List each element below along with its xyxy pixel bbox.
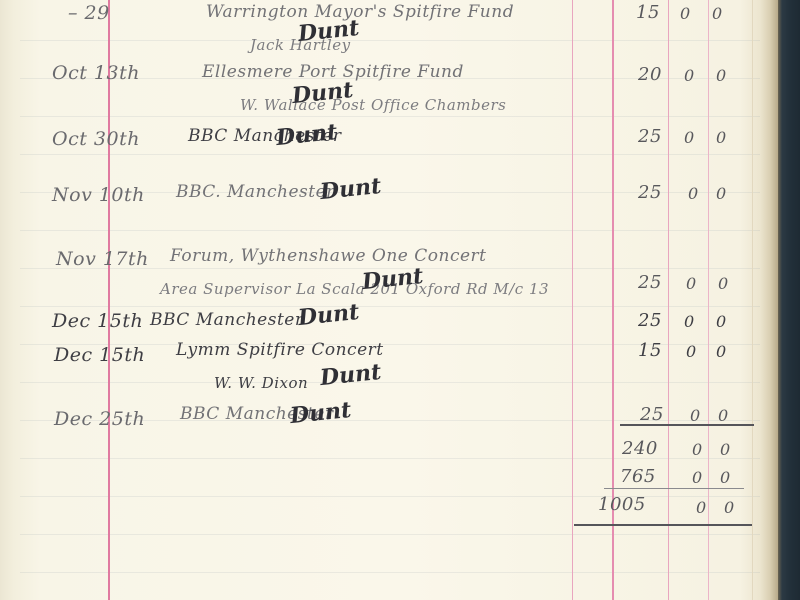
entry-signature: Dunt: [297, 299, 361, 331]
ruled-line: [20, 40, 760, 41]
entry-sub-note: W. Wallace Post Office Chambers: [240, 96, 506, 114]
entry-pence: 0: [718, 274, 729, 293]
shillings-column-rule: [668, 0, 669, 600]
entry-pence: 0: [716, 66, 727, 85]
ruled-line: [20, 534, 760, 535]
ruled-line: [20, 230, 760, 231]
entry-pence: 0: [716, 184, 727, 203]
entry-date: Oct 30th: [52, 128, 140, 150]
entry-particulars: Warrington Mayor's Spitfire Fund: [206, 2, 514, 22]
subtotal-pence: 0: [720, 440, 731, 459]
entry-date: Dec 25th: [54, 408, 145, 430]
entry-pounds: 25: [638, 310, 662, 331]
entry-sub-note: Area Supervisor La Scala 201 Oxford Rd M…: [160, 280, 549, 298]
entry-signature: Dunt: [289, 397, 353, 429]
particulars-column-rule: [572, 0, 573, 600]
entry-shillings: 0: [688, 184, 699, 203]
ruled-line: [20, 382, 760, 383]
subtotal-rule: [620, 424, 754, 426]
entry-date: Nov 10th: [52, 184, 145, 206]
grand-total-rule: [574, 524, 752, 526]
entry-shillings: 0: [684, 66, 695, 85]
entry-pounds: 25: [638, 126, 662, 147]
entry-shillings: 0: [690, 406, 701, 425]
entry-pounds: 25: [640, 404, 664, 425]
entry-date: Oct 13th: [52, 62, 140, 84]
subtotal-pounds: 240: [622, 438, 658, 459]
entry-shillings: 0: [686, 274, 697, 293]
total-rule: [604, 488, 744, 489]
book-binding: [778, 0, 800, 600]
entry-date: – 29: [68, 2, 110, 24]
ruled-line: [20, 496, 760, 497]
entry-signature: Dunt: [319, 359, 383, 391]
entry-pence: 0: [716, 128, 727, 147]
total-pounds: 1005: [598, 494, 646, 515]
entry-shillings: 0: [680, 4, 691, 23]
brought-forward-shillings: 0: [692, 468, 703, 487]
entry-pence: 0: [716, 342, 727, 361]
entry-particulars: BBC. Manchester: [176, 182, 335, 202]
total-shillings: 0: [696, 498, 707, 517]
entry-particulars: Lymm Spitfire Concert: [176, 340, 384, 360]
brought-forward-pounds: 765: [620, 466, 656, 487]
entry-pounds: 20: [638, 64, 662, 85]
entry-pence: 0: [712, 4, 723, 23]
entry-pounds: 25: [638, 182, 662, 203]
entry-date: Nov 17th: [56, 248, 149, 270]
pence-column-rule: [708, 0, 709, 600]
entry-pence: 0: [716, 312, 727, 331]
entry-signature: Dunt: [275, 119, 339, 151]
ruled-line: [20, 572, 760, 573]
entry-sub-note: W. W. Dixon: [214, 374, 308, 392]
entry-shillings: 0: [684, 128, 695, 147]
entry-particulars: BBC Manchester: [150, 310, 303, 330]
ruled-line: [20, 306, 760, 307]
entry-shillings: 0: [684, 312, 695, 331]
ruled-line: [20, 116, 760, 117]
entry-pounds: 15: [636, 2, 660, 23]
ledger-page: – 29 Warrington Mayor's Spitfire Fund Ja…: [0, 0, 800, 600]
ruled-line: [20, 154, 760, 155]
brought-forward-pence: 0: [720, 468, 731, 487]
total-pence: 0: [724, 498, 735, 517]
entry-shillings: 0: [686, 342, 697, 361]
entry-signature: Dunt: [319, 173, 383, 205]
page-edge: [752, 0, 753, 600]
entry-date: Dec 15th: [54, 344, 145, 366]
entry-pounds: 25: [638, 272, 662, 293]
entry-date: Dec 15th: [52, 310, 143, 332]
entry-pounds: 15: [638, 340, 662, 361]
entry-pence: 0: [718, 406, 729, 425]
subtotal-shillings: 0: [692, 440, 703, 459]
margin-rule: [108, 0, 110, 600]
entry-particulars: Forum, Wythenshawe One Concert: [170, 246, 487, 266]
